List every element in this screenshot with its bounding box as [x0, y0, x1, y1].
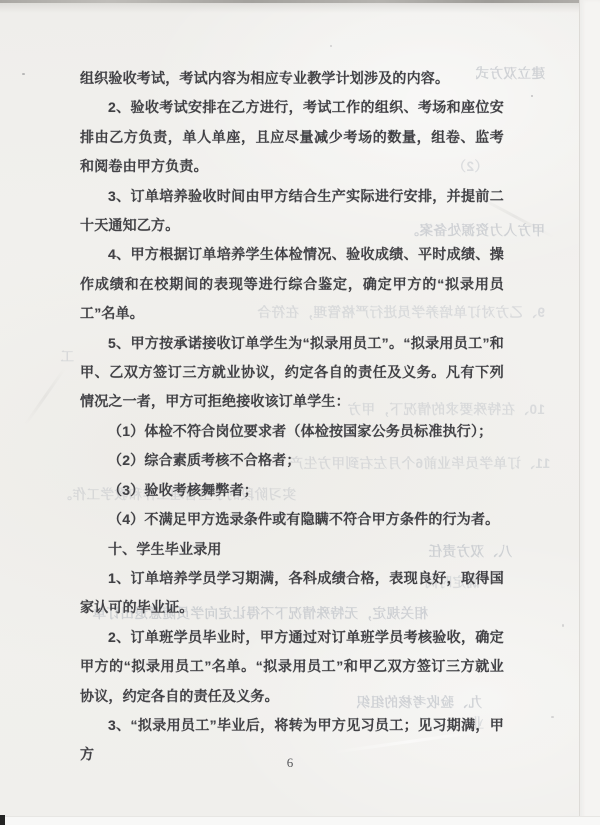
dust-speck [562, 624, 564, 627]
paragraph: 2、验收考试安排在乙方进行，考试工作的组织、考场和座位安排由乙方负责，单人单座，… [80, 93, 504, 181]
section-heading: 十、学生毕业录用 [80, 535, 504, 564]
dust-speck [22, 73, 25, 75]
list-item-4: （4）不满足甲方选录条件或有隐瞒不符合甲方条件的行为者。 [80, 505, 504, 534]
list-item-2: （2）综合素质考核不合格者； [80, 446, 504, 475]
paragraph: 5、甲方按承诺接收订单学生为“拟录用员工”。“拟录用员工”和甲、乙双方签订三方就… [80, 329, 504, 417]
corner-ink-mark [0, 815, 5, 825]
paragraph: 4、甲方根据订单培养学生体检情况、验收成绩、平时成绩、操作成绩和在校期间的表现等… [80, 240, 504, 328]
scan-bottom-edge [0, 816, 600, 825]
list-item-3: （3）验收考核舞弊者； [80, 476, 504, 505]
paragraph: 3、订单培养验收时间由甲方结合生产实际进行安排，并提前二十天通知乙方。 [80, 182, 504, 241]
page-right-edge [579, 0, 600, 825]
scan-top-edge-shadow [0, 3, 600, 13]
page-number: 6 [275, 755, 305, 771]
paragraph: 组织验收考试，考试内容为相应专业教学计划涉及的内容。 [80, 64, 504, 93]
list-item-1: （1）体检不符合岗位要求者（体检按国家公务员标准执行）； [80, 417, 504, 446]
dust-speck [551, 716, 554, 718]
dust-speck [330, 45, 332, 47]
scanned-document-page: 建立双方式 （2） 甲方人力资源处备案。 9、乙方对订单培养学员进行严格管理，在… [0, 0, 600, 825]
document-body: 组织验收考试，考试内容为相应专业教学计划涉及的内容。 2、验收考试安排在乙方进行… [80, 64, 504, 770]
paragraph: 2、订单班学员毕业时，甲方通过对订单班学员考核验收，确定甲方的“拟录用员工”名单… [80, 623, 504, 711]
bleedthrough-text: 工 [60, 345, 74, 365]
paragraph: 1、订单培养学员学习期满，各科成绩合格，表现良好，取得国家认可的毕业证。 [80, 564, 504, 623]
dust-speck [531, 95, 533, 97]
paper-crease [24, 367, 67, 426]
